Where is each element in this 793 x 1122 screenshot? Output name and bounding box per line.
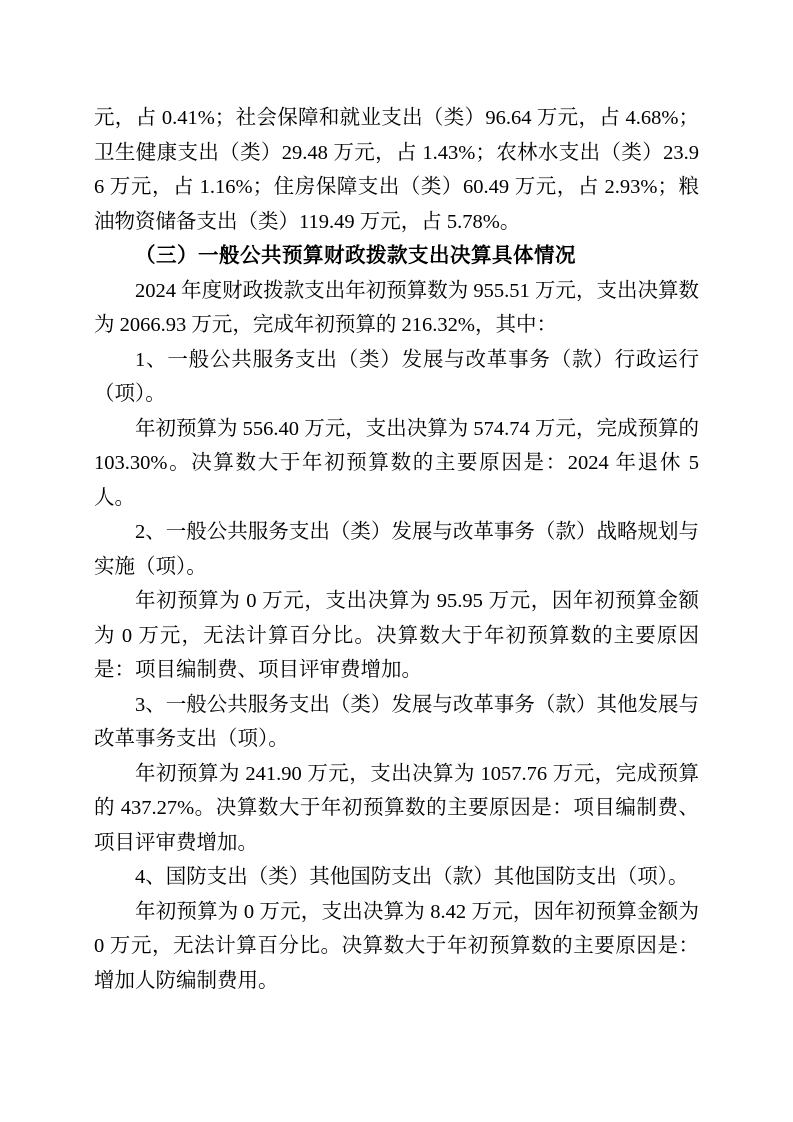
paragraph-item-3-title: 3、一般公共服务支出（类）发展与改革事务（款）其他发展与改革事务支出（项）。	[94, 688, 699, 757]
paragraph-item-1-detail: 年初预算为 556.40 万元，支出决算为 574.74 万元，完成预算的 10…	[94, 412, 699, 516]
section-heading-3: （三）一般公共预算财政拨款支出决算具体情况	[94, 239, 699, 274]
document-page: 元，占 0.41%；社会保障和就业支出（类）96.64 万元，占 4.68%；卫…	[0, 0, 793, 1122]
paragraph-item-3-detail: 年初预算为 241.90 万元，支出决算为 1057.76 万元，完成预算的 4…	[94, 757, 699, 861]
paragraph-item-4-detail: 年初预算为 0 万元，支出决算为 8.42 万元，因年初预算金额为 0 万元，无…	[94, 895, 699, 999]
paragraph-item-2-title: 2、一般公共服务支出（类）发展与改革事务（款）战略规划与实施（项）。	[94, 515, 699, 584]
paragraph-summary-2024-budget: 2024 年度财政拨款支出年初预算数为 955.51 万元，支出决算数为 206…	[94, 274, 699, 343]
paragraph-item-4-title: 4、国防支出（类）其他国防支出（款）其他国防支出（项）。	[94, 860, 699, 895]
document-body: 元，占 0.41%；社会保障和就业支出（类）96.64 万元，占 4.68%；卫…	[94, 101, 699, 998]
paragraph-item-2-detail: 年初预算为 0 万元，支出决算为 95.95 万元，因年初预算金额为 0 万元，…	[94, 584, 699, 688]
paragraph-expenditure-breakdown-continuation: 元，占 0.41%；社会保障和就业支出（类）96.64 万元，占 4.68%；卫…	[94, 101, 699, 239]
paragraph-item-1-title: 1、一般公共服务支出（类）发展与改革事务（款）行政运行（项）。	[94, 343, 699, 412]
